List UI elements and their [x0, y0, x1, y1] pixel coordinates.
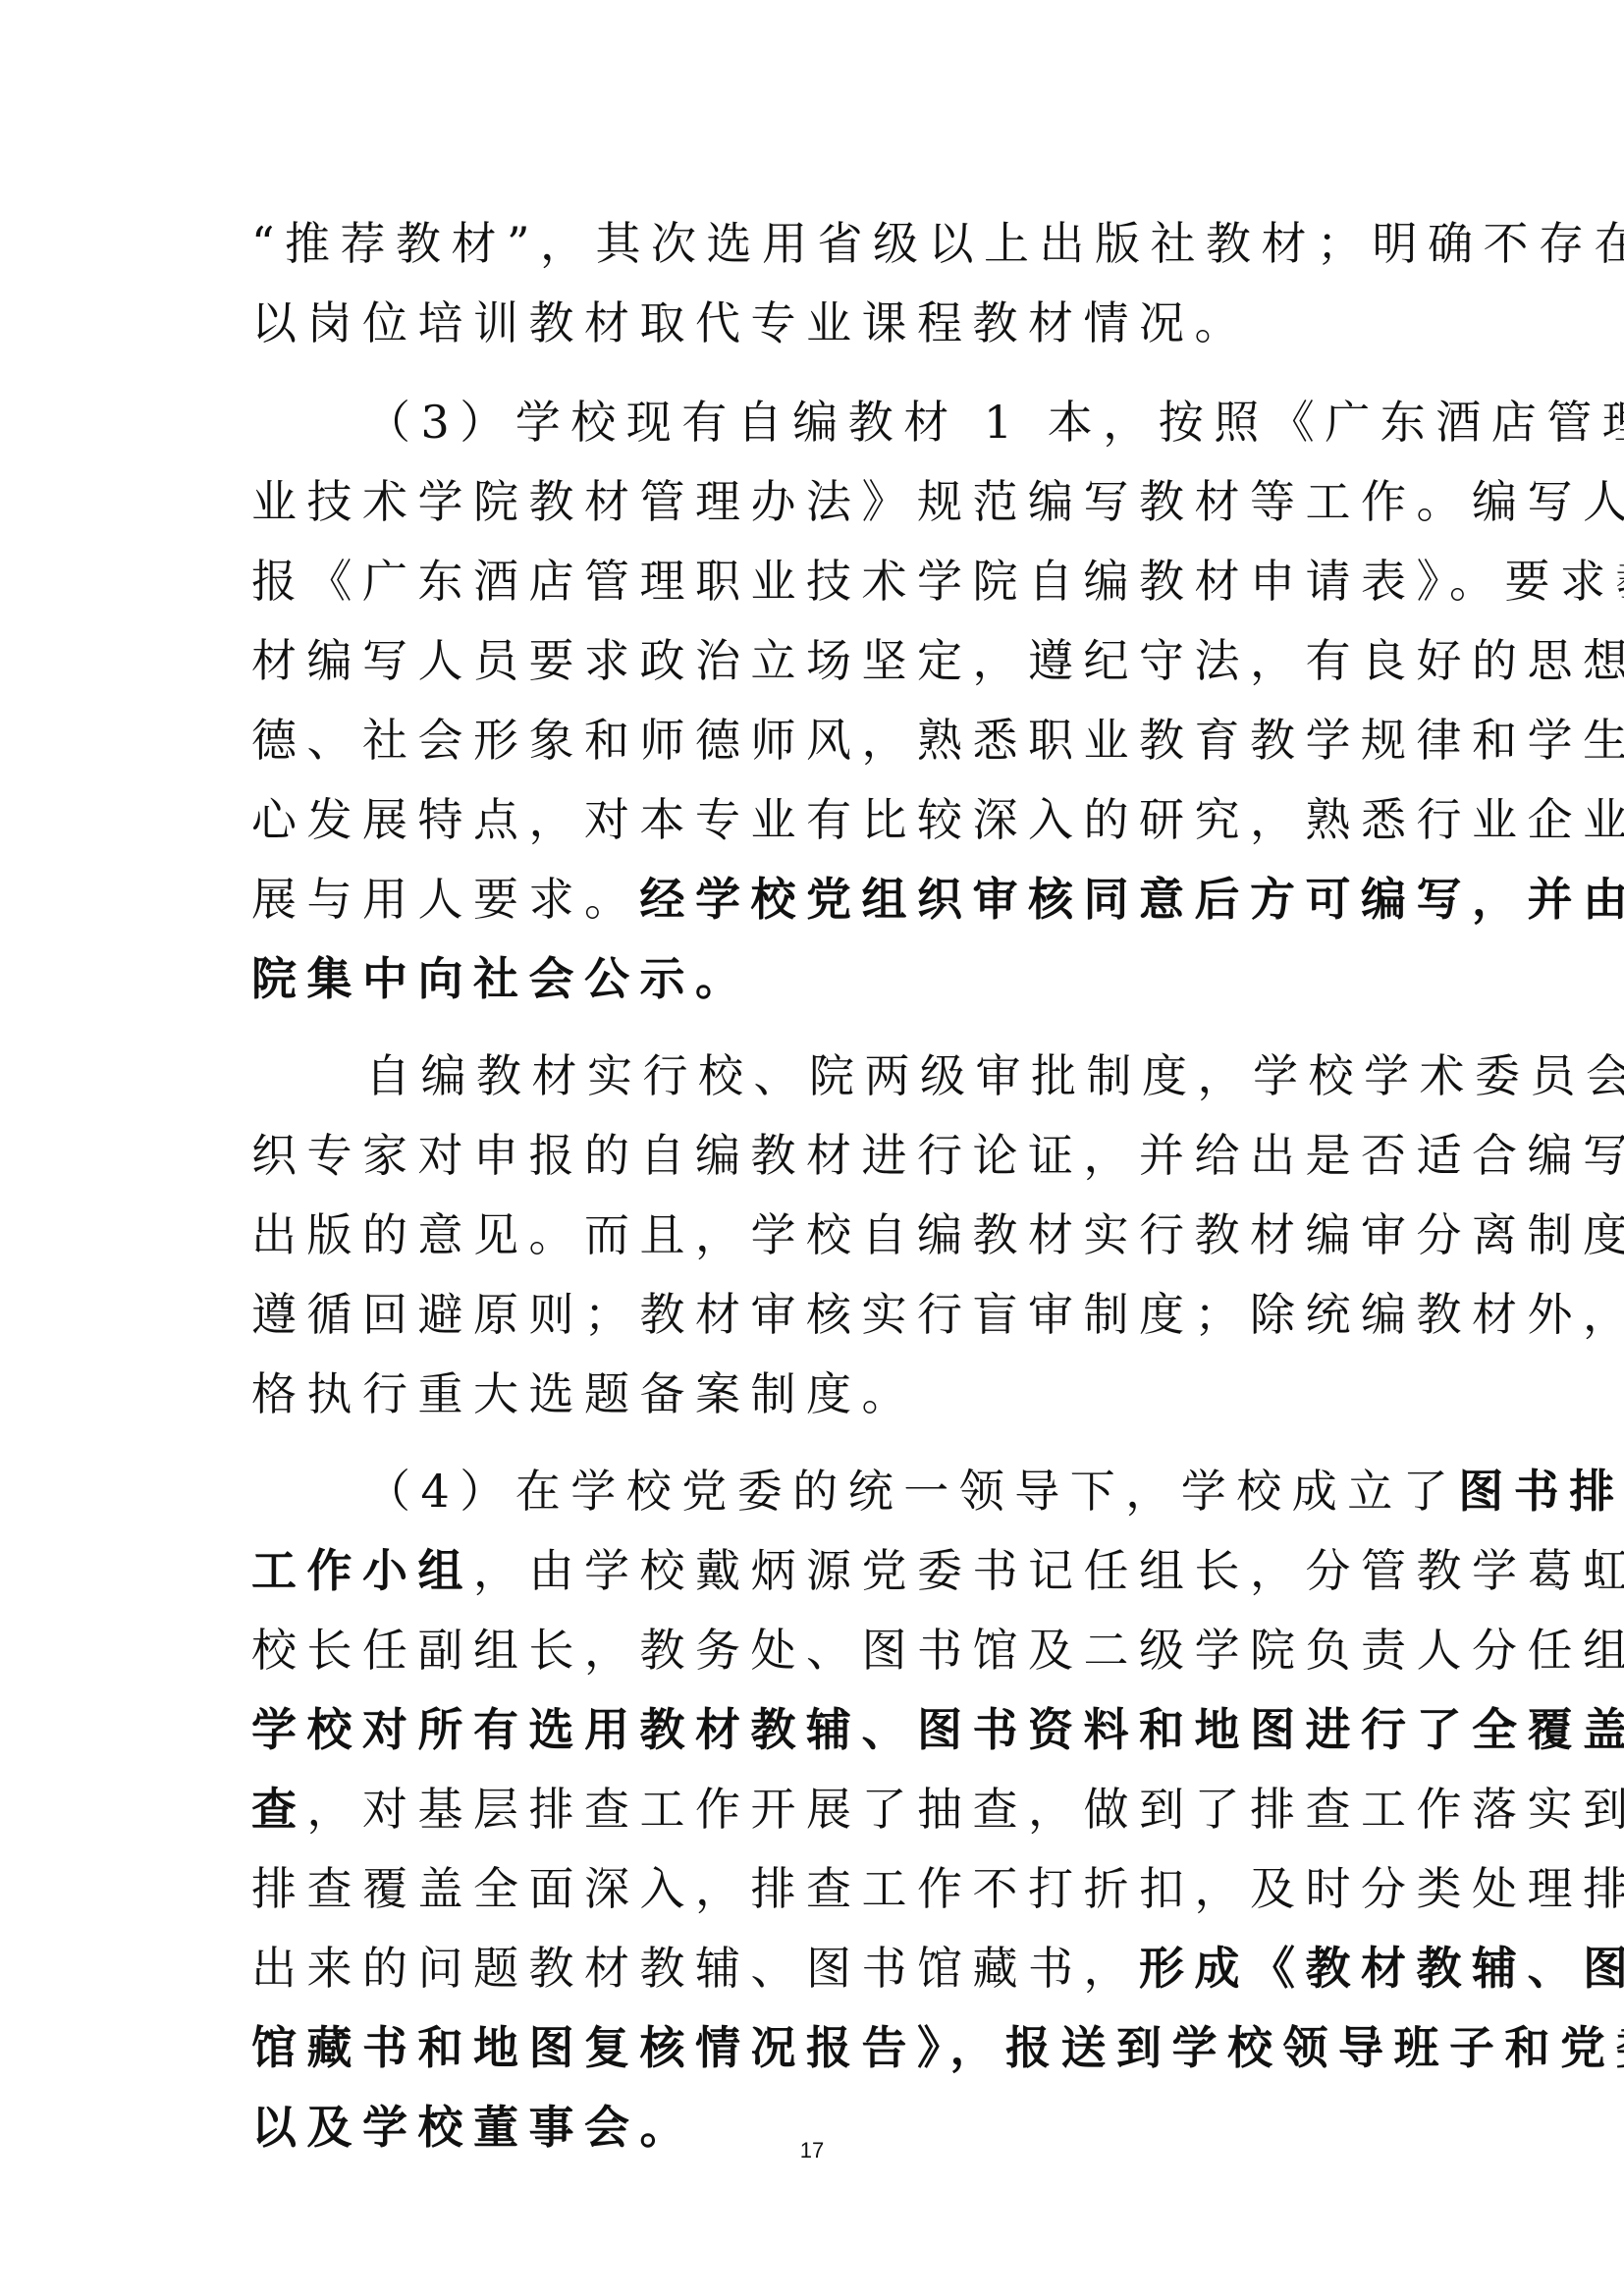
text-run: ，由学校戴炳源党委书记任组长，分管教学葛虹副 [473, 1544, 1624, 1597]
text-line: “推荐教材”，其次选用省级以上出版社教材；明确不存在 [251, 204, 1624, 284]
text-line: 排查覆盖全面深入，排查工作不打折扣，及时分类处理排查 [251, 1849, 1624, 1929]
text-run: 材编写人员要求政治立场坚定，遵纪守法，有良好的思想品 [251, 634, 1624, 687]
text-run: 格执行重大选题备案制度。 [251, 1367, 917, 1420]
text-line: 查，对基层排查工作开展了抽查，做到了排查工作落实到人， [251, 1770, 1624, 1849]
text-run: ，对基层排查工作开展了抽查，做到了排查工作落实到人， [307, 1783, 1624, 1836]
bold-text-run: 工作小组 [251, 1544, 473, 1597]
text-run: 展与用人要求。 [251, 873, 640, 926]
bold-text-run: 查 [251, 1783, 307, 1836]
text-line: 校长任副组长，教务处、图书馆及二级学院负责人分任组员。 [251, 1611, 1624, 1690]
text-line: 学校对所有选用教材教辅、图书资料和地图进行了全覆盖排 [251, 1690, 1624, 1770]
bold-text-run: 馆藏书和地图复核情况报告》，报送到学校领导班子和党委 [251, 2021, 1624, 2074]
text-line: 心发展特点，对本专业有比较深入的研究，熟悉行业企业发 [251, 780, 1624, 860]
bold-text-run: 经学校党组织审核同意后方可编写，并由学 [640, 873, 1624, 926]
bold-text-run: 院集中向社会公示。 [251, 952, 751, 1005]
bold-text-run: 形成《教材教辅、图书 [1139, 1942, 1624, 1995]
text-line: 以岗位培训教材取代专业课程教材情况。 [251, 284, 1250, 363]
text-run: 遵循回避原则；教材审核实行盲审制度；除统编教材外，严 [251, 1288, 1624, 1341]
text-run: 校长任副组长，教务处、图书馆及二级学院负责人分任组员。 [251, 1624, 1624, 1677]
bold-text-run: 图书排查 [1458, 1465, 1624, 1518]
text-line: 工作小组，由学校戴炳源党委书记任组长，分管教学葛虹副 [251, 1531, 1624, 1611]
text-run: 出版的意见。而且，学校自编教材实行教材编审分离制度， [251, 1208, 1624, 1261]
text-line: 织专家对申报的自编教材进行论证，并给出是否适合编写、 [251, 1116, 1624, 1196]
text-run: 以岗位培训教材取代专业课程教材情况。 [251, 296, 1250, 349]
text-run: 报《广东酒店管理职业技术学院自编教材申请表》。要求教 [251, 555, 1624, 608]
text-run: 出来的问题教材教辅、图书馆藏书， [251, 1942, 1139, 1995]
text-run: 业技术学院教材管理办法》规范编写教材等工作。编写人填 [251, 475, 1624, 528]
text-run: 心发展特点，对本专业有比较深入的研究，熟悉行业企业发 [251, 793, 1624, 846]
text-line: 出来的问题教材教辅、图书馆藏书，形成《教材教辅、图书 [251, 1929, 1624, 2008]
text-line: 院集中向社会公示。 [251, 939, 751, 1019]
text-run: （4）在学校党委的统一领导下，学校成立了 [365, 1465, 1458, 1518]
text-run: 排查覆盖全面深入，排查工作不打折扣，及时分类处理排查 [251, 1862, 1624, 1915]
text-line: 德、社会形象和师德师风，熟悉职业教育教学规律和学生身 [251, 701, 1624, 780]
text-line: 格执行重大选题备案制度。 [251, 1355, 917, 1434]
text-line: 出版的意见。而且，学校自编教材实行教材编审分离制度， [251, 1196, 1624, 1275]
page-number: 17 [0, 2138, 1624, 2163]
text-line: 遵循回避原则；教材审核实行盲审制度；除统编教材外，严 [251, 1275, 1624, 1355]
text-run: （3）学校现有自编教材 1 本，按照《广东酒店管理职 [365, 396, 1624, 449]
text-line: 报《广东酒店管理职业技术学院自编教材申请表》。要求教 [251, 542, 1624, 621]
text-run: 织专家对申报的自编教材进行论证，并给出是否适合编写、 [251, 1129, 1624, 1182]
text-line: 材编写人员要求政治立场坚定，遵纪守法，有良好的思想品 [251, 621, 1624, 701]
text-line: （4）在学校党委的统一领导下，学校成立了图书排查 [251, 1452, 1624, 1531]
text-line: 馆藏书和地图复核情况报告》，报送到学校领导班子和党委 [251, 2008, 1624, 2088]
text-line: 业技术学院教材管理办法》规范编写教材等工作。编写人填 [251, 462, 1624, 542]
text-line: （3）学校现有自编教材 1 本，按照《广东酒店管理职 [251, 383, 1624, 462]
bold-text-run: 学校对所有选用教材教辅、图书资料和地图进行了全覆盖排 [251, 1703, 1624, 1756]
text-line: 展与用人要求。经学校党组织审核同意后方可编写，并由学 [251, 860, 1624, 939]
text-run: 自编教材实行校、院两级审批制度，学校学术委员会组 [365, 1049, 1624, 1102]
text-line: 自编教材实行校、院两级审批制度，学校学术委员会组 [251, 1037, 1624, 1116]
text-run: “推荐教材”，其次选用省级以上出版社教材；明确不存在 [251, 217, 1624, 270]
text-run: 德、社会形象和师德师风，熟悉职业教育教学规律和学生身 [251, 714, 1624, 767]
